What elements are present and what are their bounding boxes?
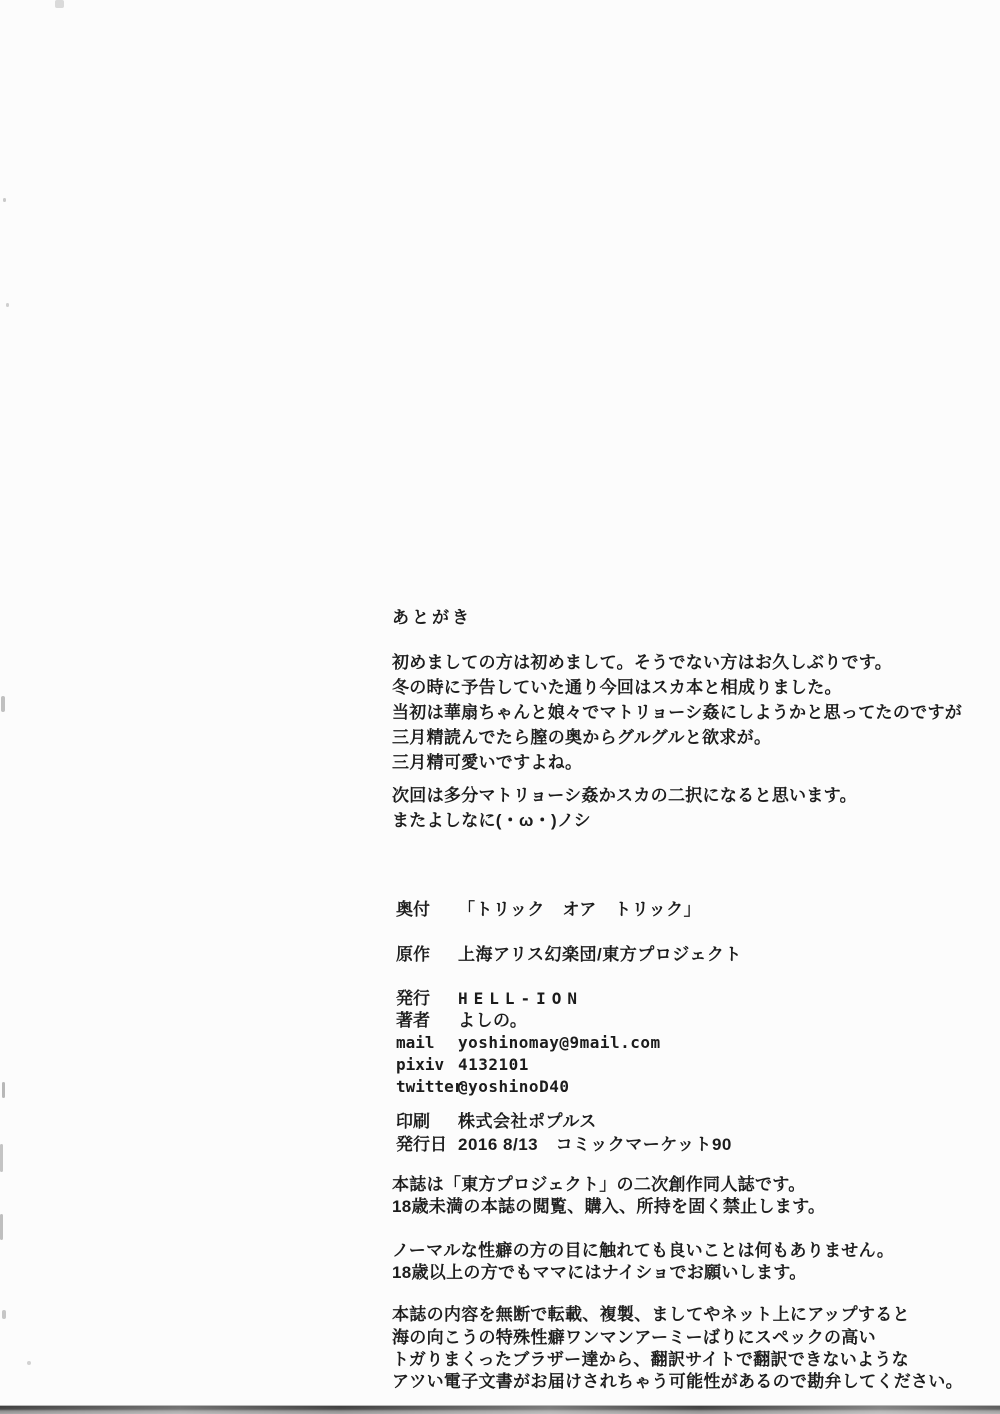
- colophon-value-original-work: 上海アリス幻楽団/東方プロジェクト: [458, 945, 742, 965]
- scan-artifact: [6, 303, 9, 307]
- colophon-row-mail: mail yoshinomay@9mail.com: [396, 1033, 661, 1053]
- afterword-line: 冬の時に予告していた通り今回はスカ本と相成りました。: [392, 678, 842, 698]
- colophon-row-publication-date: 発行日 2016 8/13 コミックマーケット90: [396, 1135, 732, 1155]
- colophon-value-author: よしの。: [458, 1011, 527, 1031]
- colophon-label: pixiv: [396, 1055, 458, 1075]
- colophon-value-printer: 株式会社ポプルス: [458, 1112, 597, 1132]
- colophon-label: twitter: [396, 1077, 458, 1097]
- colophon-value-twitter-handle: @yoshinoD40: [458, 1077, 569, 1097]
- scan-artifact: [55, 0, 64, 8]
- colophon-label: mail: [396, 1033, 458, 1053]
- afterword-line: 初めましての方は初めまして。そうでない方はお久しぶりです。: [392, 653, 892, 673]
- colophon-label: 原作: [396, 945, 458, 965]
- scan-artifact: [1, 696, 5, 712]
- afterword-line: 三月精可愛いですよね。: [392, 753, 582, 773]
- colophon-row-pixiv: pixiv 4132101: [396, 1055, 529, 1075]
- notice-line: ノーマルな性癖の方の目に触れても良いことは何もありません。: [392, 1241, 894, 1261]
- scan-edge-band: [0, 1405, 1000, 1414]
- notice-line: 本誌は「東方プロジェクト」の二次創作同人誌です。: [392, 1175, 806, 1195]
- colophon-label: 著者: [396, 1011, 458, 1031]
- afterword-line: 当初は華扇ちゃんと娘々でマトリョーシ姦にしようかと思ってたのですが: [392, 703, 962, 723]
- colophon-value-circle-name: HELL-ION: [458, 989, 583, 1009]
- colophon-value-publication-date: 2016 8/13 コミックマーケット90: [458, 1135, 732, 1155]
- scan-artifact: [3, 198, 6, 202]
- scan-artifact: [2, 1310, 6, 1319]
- colophon-row-publisher: 発行 HELL-ION: [396, 989, 583, 1009]
- notice-line: トガりまくったブラザー達から、翻訳サイトで翻訳できないような: [392, 1350, 909, 1370]
- notice-line: アツい電子文書がお届けされちゃう可能性があるので勘弁してください。: [392, 1372, 963, 1392]
- notice-line: 本誌の内容を無断で転載、複製、ましてやネット上にアップすると: [392, 1305, 910, 1325]
- notice-line: 海の向こうの特殊性癖ワンマンアーミーばりにスペックの高い: [392, 1328, 876, 1348]
- colophon-row-twitter: twitter @yoshinoD40: [396, 1077, 569, 1097]
- colophon-row-title: 奥付 「トリック オア トリック」: [396, 900, 701, 920]
- scan-artifact: [0, 1144, 3, 1172]
- colophon-row-printer: 印刷 株式会社ポプルス: [396, 1112, 597, 1132]
- colophon-label: 奥付: [396, 900, 458, 920]
- afterword-line: 次回は多分マトリョーシ姦かスカの二択になると思います。: [392, 786, 857, 806]
- colophon-row-author: 著者 よしの。: [396, 1011, 527, 1031]
- notice-line: 18歳未満の本誌の閲覧、購入、所持を固く禁止します。: [392, 1197, 825, 1217]
- colophon-row-original-work: 原作 上海アリス幻楽団/東方プロジェクト: [396, 945, 742, 965]
- notice-line: 18歳以上の方でもママにはナイショでお願いします。: [392, 1263, 807, 1283]
- scanned-doujinshi-colophon-page: あとがき 初めましての方は初めまして。そうでない方はお久しぶりです。 冬の時に予…: [0, 0, 1000, 1414]
- afterword-line: 三月精読んでたら膣の奥からグルグルと欲求が。: [392, 728, 771, 748]
- afterword-title: あとがき: [392, 608, 472, 628]
- colophon-label: 発行: [396, 989, 458, 1009]
- colophon-value-book-title: 「トリック オア トリック」: [458, 900, 701, 920]
- colophon-label: 発行日: [396, 1135, 458, 1155]
- colophon-value-pixiv-id: 4132101: [458, 1055, 529, 1075]
- scan-artifact: [0, 1214, 3, 1240]
- colophon-value-email: yoshinomay@9mail.com: [458, 1033, 661, 1053]
- colophon-label: 印刷: [396, 1112, 458, 1132]
- scan-artifact: [2, 1082, 5, 1098]
- afterword-line: またよしなに(・ω・)ノシ: [392, 811, 591, 831]
- scan-artifact: [27, 1361, 31, 1365]
